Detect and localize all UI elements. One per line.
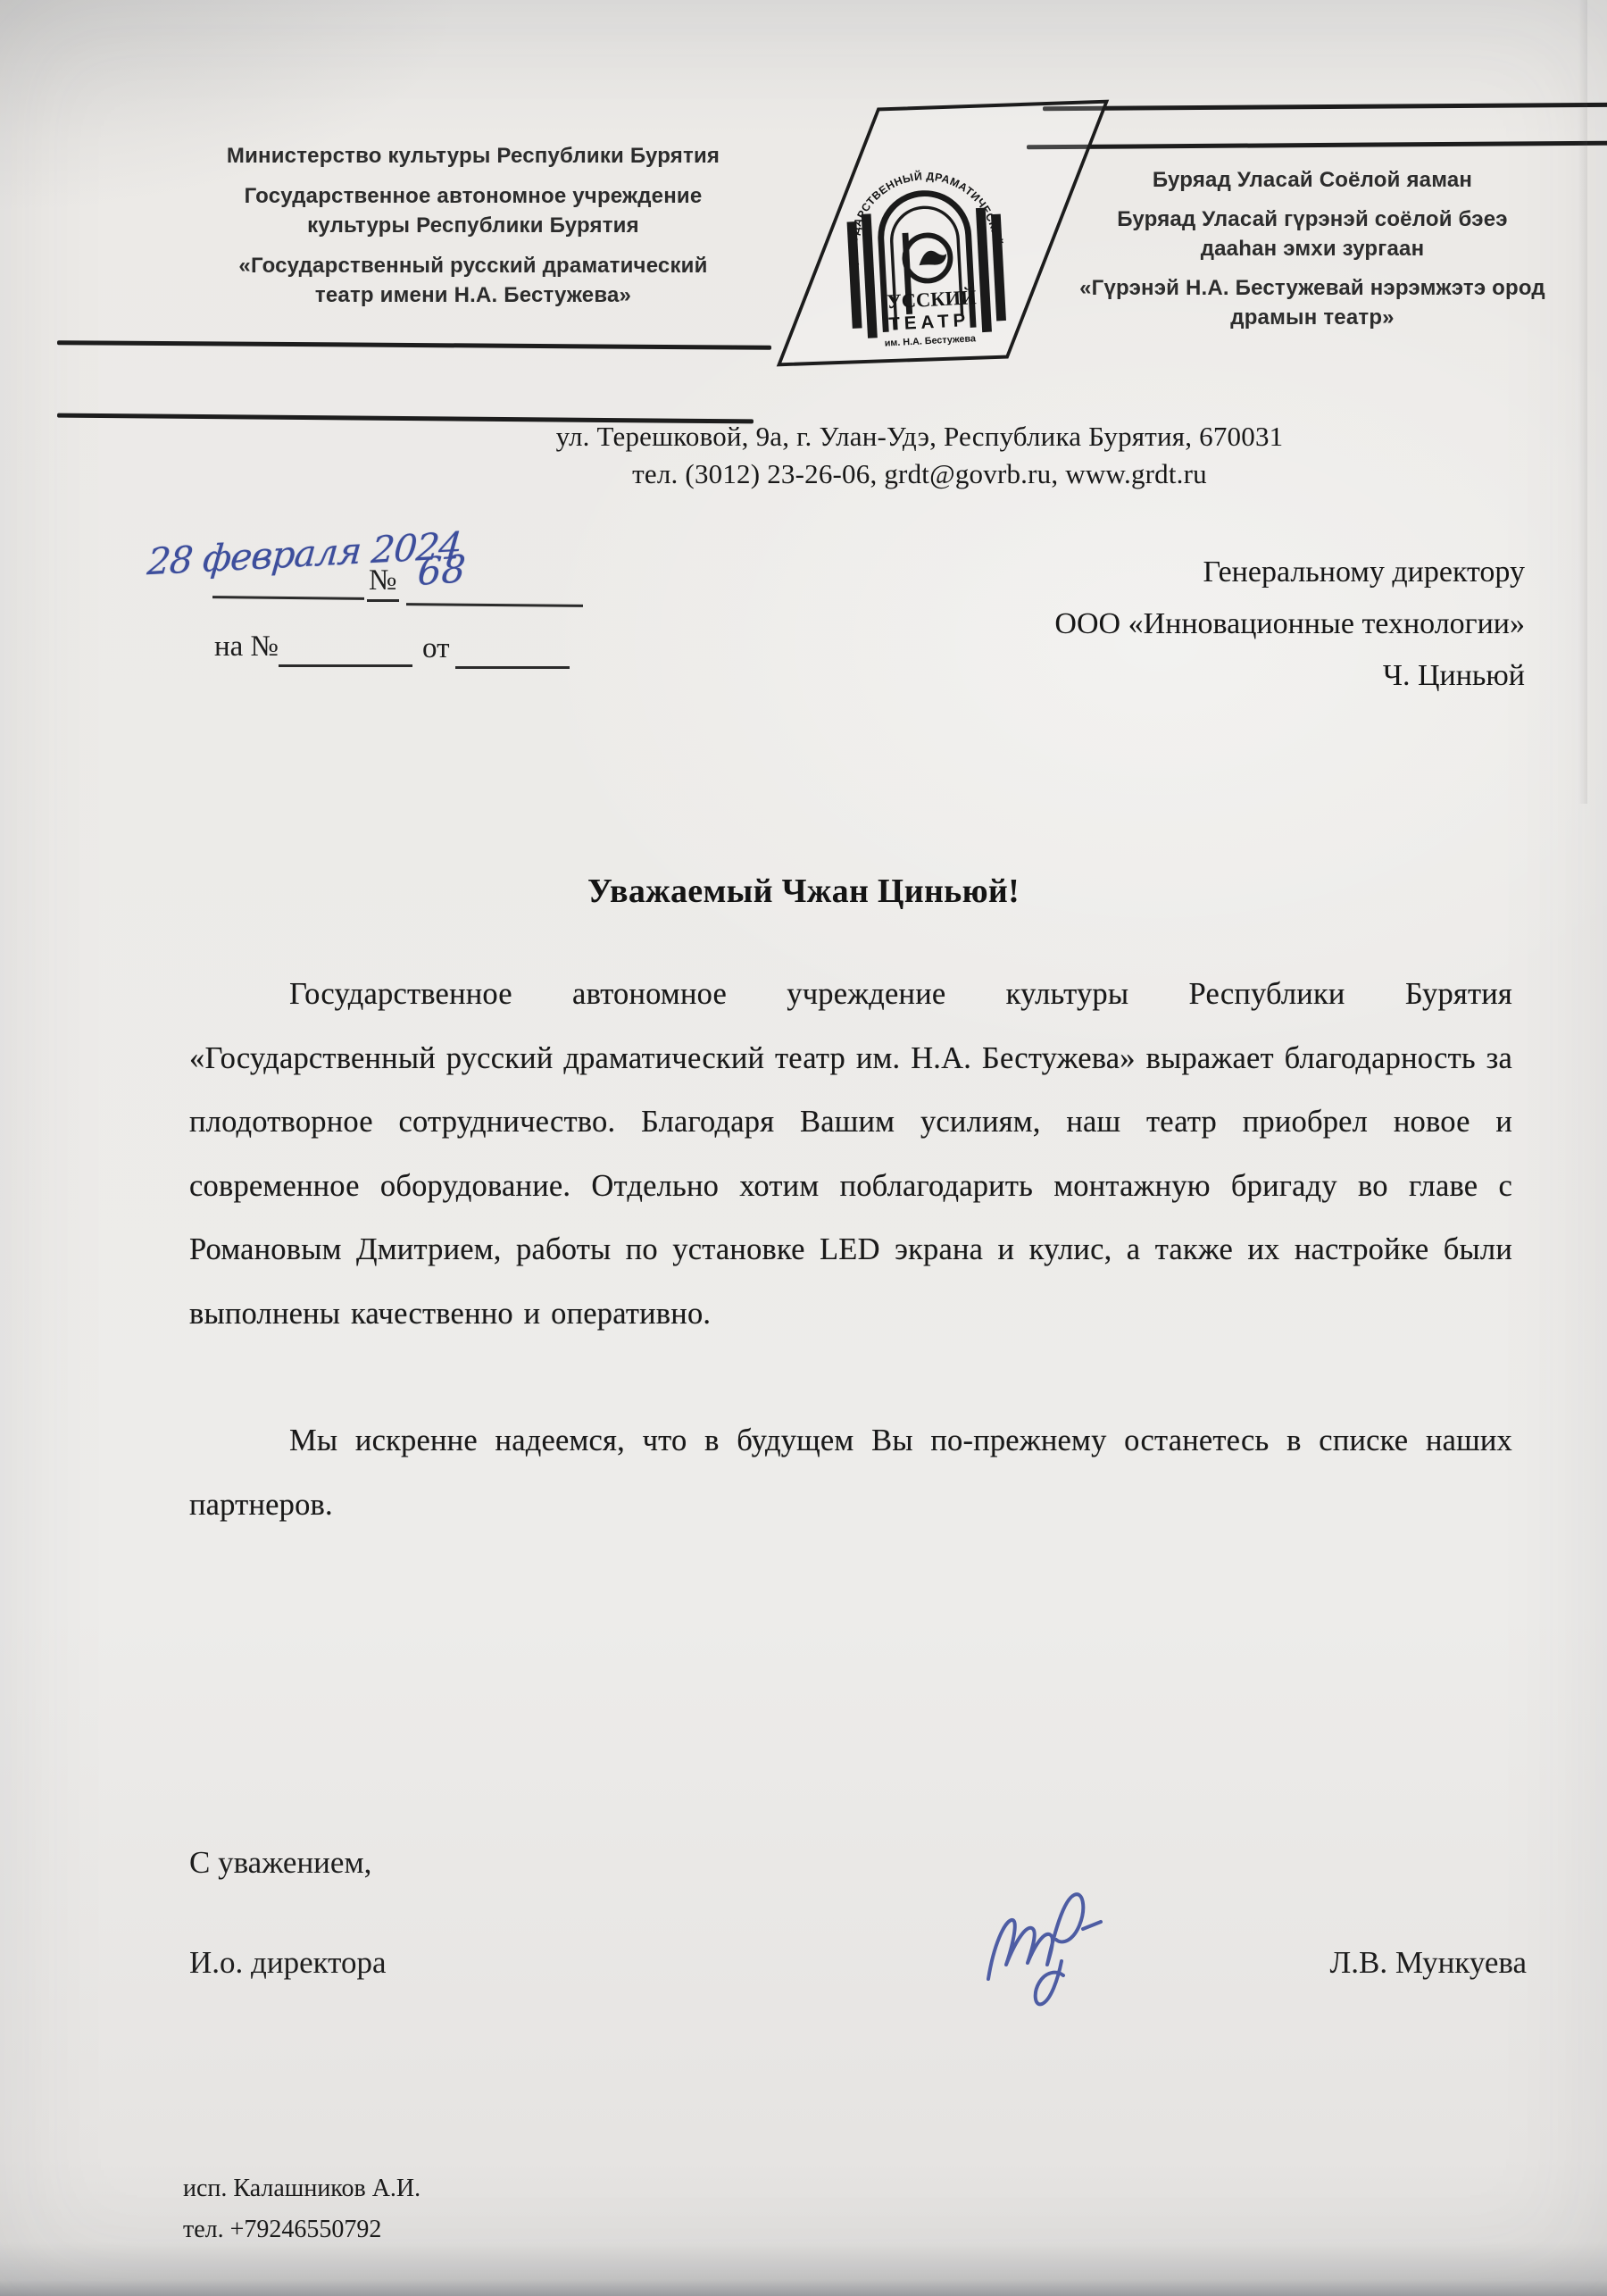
bottom-left-rule-1	[57, 340, 771, 350]
theatre-name-line: «Государственный русский драматический т…	[210, 251, 737, 310]
ministry-line-buryat: Буряад Уласай Соёлой яаман	[1031, 165, 1594, 195]
executor-name: исп. Калашников А.И.	[183, 2168, 420, 2209]
recipient-block: Генеральному директору ООО «Инновационны…	[884, 547, 1525, 702]
contact-block: ул. Терешковой, 9а, г. Улан-Удэ, Республ…	[232, 418, 1607, 493]
letter-body: Государственное автономное учреждение ку…	[189, 963, 1512, 1537]
recipient-title: Генеральному директору	[884, 547, 1525, 598]
logo-bar-left-inner	[862, 213, 878, 338]
address-line: ул. Терешковой, 9а, г. Улан-Удэ, Республ…	[232, 418, 1607, 455]
reply-to-number-label: на №	[214, 630, 279, 664]
reply-date-underline	[455, 666, 570, 669]
top-right-rule-1	[1043, 103, 1607, 111]
executor-block: исп. Калашников А.И. тел. +79246550792	[183, 2168, 420, 2250]
top-right-rule-2	[1027, 141, 1607, 150]
body-paragraph-2: Мы искренне надеемся, что в будущем Вы п…	[189, 1409, 1512, 1537]
number-sign-underline	[367, 599, 399, 602]
reply-number-underline	[279, 664, 412, 667]
paper-shadow-top-left	[0, 0, 464, 214]
closing-line: С уважением,	[189, 1845, 371, 1881]
body-paragraph-1: Государственное автономное учреждение ку…	[189, 963, 1512, 1346]
date-underline	[212, 596, 364, 600]
institution-line-buryat: Буряад Уласай гүрэнэй соёлой бэеэ дааһан…	[1098, 205, 1527, 263]
number-underline	[406, 603, 583, 607]
salutation: Уважаемый Чжан Циньюй!	[0, 872, 1607, 911]
scanned-letter-page: Министерство культуры Республики Бурятия…	[0, 0, 1607, 2296]
logo-bird	[919, 250, 947, 266]
theatre-logo-icon: ГОСУДАРСТВЕННЫЙ ДРАМАТИЧЕСКИЙ УССКИЙ ТЕА…	[832, 129, 1018, 353]
logo-word-teatr: ТЕАТР	[888, 310, 970, 335]
logo-bar-right-outer	[991, 214, 1006, 321]
handwritten-date: 28 февраля 2024	[146, 524, 462, 584]
signature-ink	[962, 1883, 1132, 2016]
reply-from-label: от	[422, 632, 450, 665]
phone-web-line: тел. (3012) 23-26-06, grdt@govrb.ru, www…	[232, 455, 1607, 493]
handwritten-number: 68	[416, 547, 467, 594]
number-sign: №	[369, 564, 397, 597]
theatre-name-line-buryat: «Гүрэнэй Н.А. Бестужевай нэрэмжэтэ ород …	[1062, 273, 1562, 332]
signer-name: Л.В. Мункуева	[1241, 1945, 1527, 1981]
recipient-company: ООО «Инновационные технологии»	[884, 598, 1525, 650]
signer-position: И.о. директора	[189, 1945, 387, 1981]
recipient-name: Ч. Циньюй	[884, 650, 1525, 702]
paper-crease-right	[1578, 0, 1587, 804]
paper-shadow-bottom	[0, 2242, 1607, 2296]
logo-word-russkiy: УССКИЙ	[887, 286, 978, 313]
letterhead-right-block: Буряад Уласай Соёлой яаман Буряад Уласай…	[1031, 165, 1594, 342]
